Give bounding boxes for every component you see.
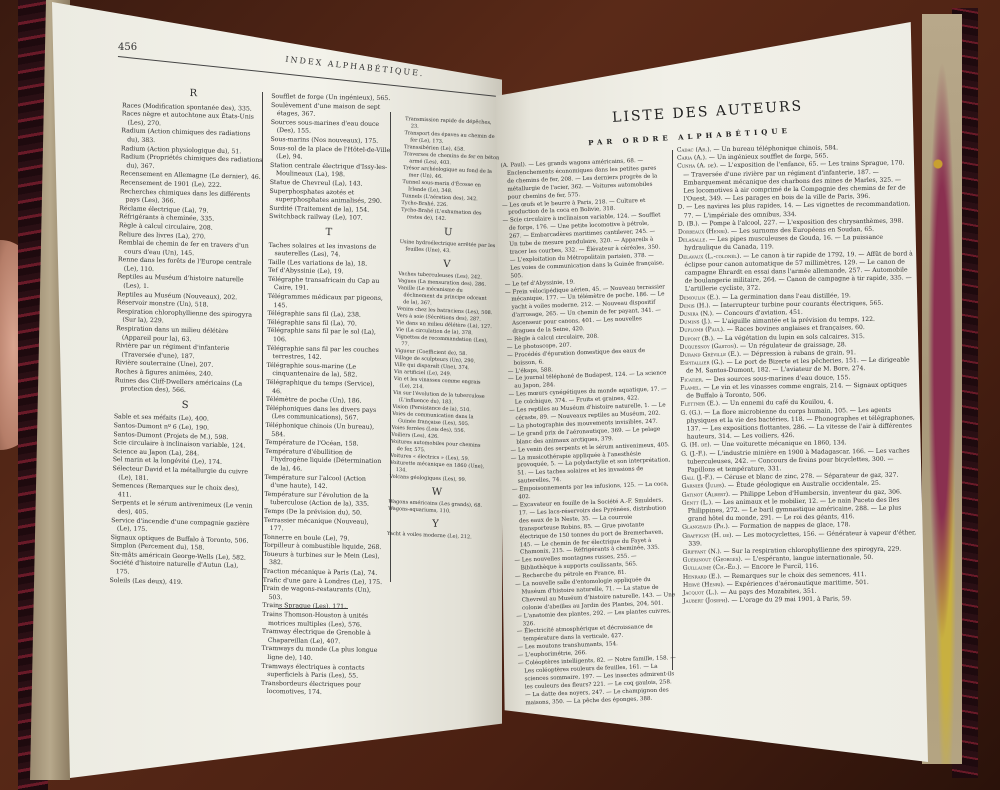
index-entry: Télégraphie sous-marine (Le cinquantenai… (266, 362, 386, 381)
index-entry: Télégrammes médicaux par pigeons, 145. (267, 293, 387, 312)
index-entry: Sources sous-marines d'eau douce (Des), … (271, 119, 391, 138)
section-letter: Y (387, 519, 483, 530)
section-letter: S (114, 400, 256, 412)
index-entry: Toueurs à turbines sur le Mein (Les), 38… (263, 551, 383, 570)
index-entry: Soulèvement d'une maison de sept étages,… (271, 102, 391, 121)
authors-column-1: (A. Paul). — Les grands wagons américain… (501, 157, 680, 708)
author-name: Gatinot (Albert). (682, 490, 732, 498)
author-works: — Les navires les plus rapides, 14. — Le… (684, 201, 911, 219)
author-works: — Un ingénieux soufflet de forge, 565. (709, 153, 829, 162)
index-entry: Usine hydroélectrique arrêtée par les fe… (399, 239, 496, 257)
author-works: — Coléoptères intelligents, 82. — Notre … (518, 655, 676, 706)
index-entry: Station centrale électrique d'Issy-les-M… (270, 162, 390, 181)
section-letter: U (400, 227, 496, 238)
index-entry: Téléphonique chinois (Un bureau), 584. (265, 422, 385, 441)
author-name: G. (J.-F.). (681, 450, 709, 457)
author-name: Cunha (A. de). (677, 162, 720, 170)
author-name: Delasalle. (678, 236, 709, 243)
index-column-1: RRaces (Modification spontanée des), 335… (109, 82, 264, 589)
author-name: Denis (H.). (679, 302, 713, 309)
author-name: Henrard (E.). (683, 573, 724, 581)
marbled-endpaper (922, 14, 962, 764)
author-name: Dorbeaux (Henri). (678, 228, 731, 236)
author-name: Espitallier (G.). (680, 359, 727, 367)
author-works: — Formation de nappes de glace, 178. (732, 522, 851, 531)
section-letter: T (269, 228, 389, 239)
page-number: 456 (118, 42, 137, 53)
author-name: Dunira (N.). (679, 310, 716, 318)
author-name: Cadac (Ar.). (677, 146, 714, 154)
author-entry: G. (G.). — La flore microbienne du corps… (680, 406, 915, 442)
index-entry: Télégraphie sans fil par le sol (La), 10… (267, 327, 387, 346)
author-name: Guillaume (Ch.-Éd.). (683, 564, 744, 572)
author-works: — Excavateur en fouille de la Société A.… (512, 497, 666, 555)
author-works: (A. Paul). — Les grands wagons américain… (501, 158, 658, 200)
author-works: — Les animaux et le mobilier, 12. — Le n… (688, 496, 902, 522)
author-name: Gall (J.-F.). (681, 474, 716, 481)
section-letter: W (389, 487, 485, 498)
author-works: — La musicothérapie appliquée à l'anesth… (511, 451, 671, 485)
index-entry: Trains Thomson-Houston à unités motrices… (262, 611, 382, 630)
index-entry: Tramway électrique de Grenoble à Chapare… (262, 628, 382, 647)
author-name: Garnier (Jules). (682, 482, 729, 490)
author-name: Jaubert (Joseph). (683, 597, 731, 605)
index-entry: Taches solaires et les invasions de saut… (268, 241, 388, 260)
author-works: — Interrupteur turbine pour courants éle… (712, 300, 883, 309)
author-name: Dumins (J.). (679, 318, 714, 325)
author-works: — Le tef d'Abyssinie, 19. (505, 279, 575, 287)
author-works: — La nouvelle salle d'entomologie appliq… (515, 577, 675, 611)
index-entry: Tramways du monde (La plus longue ligne … (261, 645, 381, 664)
author-name: Duquesnoy (Gaston). (680, 343, 741, 351)
author-name: Duplomb (Paul). (679, 326, 727, 334)
author-name: Jacquot (L.). (683, 589, 721, 597)
author-name: Hervé (Henri). (683, 581, 727, 589)
author-works: — L'orage du 29 mai 1901, à Paris, 59. (731, 595, 851, 604)
index-column-3: Transmission rapide de dépêches, 23.Tran… (387, 116, 501, 542)
author-works: — Dépression à rubans de grain, 91. (743, 349, 856, 358)
author-entry: — Scie circulaire à inclinaison variable… (502, 213, 664, 282)
index-entry: Température d'ébullition de l'hydrogène … (265, 448, 385, 476)
index-entry: Température sur l'alcool (Action d'une h… (264, 473, 384, 492)
author-name: Delavaux (L.-colonel). (678, 252, 743, 260)
index-entry: Switchback railway (Le), 107. (269, 213, 389, 224)
author-name: Flettner (E.). (680, 400, 722, 408)
index-entry: Superphosphates azotés et superphosphate… (269, 188, 389, 207)
author-name: Durand Gréville (E.). (680, 351, 743, 359)
index-entry: Tycho-Brahé (L'exhumation des restes de)… (401, 207, 498, 225)
author-entry: Cunha (A. de). — L'exposition de l'enfan… (677, 160, 913, 204)
index-entry: Sous-sol de la place de l'Hôtel-de-Ville… (270, 145, 390, 164)
author-name: Glangeaud (Ph.). (682, 523, 732, 531)
author-works: — Concours d'aviation, 451. (716, 309, 803, 317)
author-name: Ficatier. (680, 376, 706, 383)
author-works: — Au pays des Mozabites, 351. (721, 588, 817, 596)
index-entry: Télégraphique du temps (Service), 46. (266, 379, 386, 398)
author-name: G. (H. de). (681, 441, 714, 448)
author-works: — Un régulateur de graissage, 28. (740, 341, 847, 349)
author-name: G. (G.). (680, 409, 704, 416)
author-works: — Les pipes musculeuses de Gouda, 16. — … (684, 234, 883, 252)
author-works: — Le vin et les vinasses comme engrais, … (686, 381, 907, 399)
author-works: — Sur la respiration chlorophyllienne de… (724, 546, 902, 555)
author-works: — L'espéranto, langue internationale, 50… (745, 554, 874, 563)
index-entry: Transbordeurs électriques pour locomotiv… (261, 680, 381, 699)
book-photo: 456 INDEX ALPHABÉTIQUE. RRaces (Modifica… (0, 0, 1000, 790)
index-entry: Ruines des Cliff-Dwellers américains (La… (114, 377, 256, 398)
index-entry: Train de wagons-restaurants (Un), 503. (262, 585, 382, 604)
author-name: Graffigny (H. de). (682, 531, 735, 539)
index-column-2: Soufflet de forge (Un ingénieux), 565.So… (261, 93, 392, 699)
author-works: — L'ékaps, 588. (508, 367, 553, 375)
author-works: — Expériences d'aéronautique maritime, 5… (727, 579, 869, 588)
author-works: — Scie circulaire à inclinaison variable… (502, 213, 664, 280)
author-works: — Frein vélocipédique aérien, 45. — Nouv… (505, 284, 665, 335)
author-works: — Un bureau téléphonique chinois, 584. (713, 144, 838, 153)
index-entry: Terrassier mécanique (Nouveau), 177. (264, 516, 384, 535)
author-works: — Les nouvelles montagnes russes, 255. —… (514, 554, 637, 572)
author-name: Griffant (N.). (682, 548, 723, 556)
author-entry: Delavaux (L.-colonel). — Le canon à tir … (678, 250, 914, 294)
index-entry: Téléphoniques dans les divers pays (Les … (266, 405, 386, 424)
author-name: Gentt (L.). (682, 499, 715, 506)
index-entry: Télégraphie sans fil par les couches ter… (267, 345, 387, 364)
index-entry: Tramways électriques à contacts superfic… (261, 663, 381, 682)
author-entry: (A. Paul). — Les grands wagons américain… (501, 157, 662, 202)
author-entry: G. (J.-F.). — L'industrie minière en 190… (681, 447, 916, 475)
author-name: Caria (A.). (677, 154, 709, 161)
author-works: — Encore le Furcil, 116. (743, 563, 818, 571)
section-letter: V (399, 259, 495, 270)
author-works: — Un ennemi du café du Kouilou, 4. (722, 399, 833, 408)
author-entry: Gentt (L.). — Les animaux et le mobilier… (682, 496, 917, 524)
author-works: — La flore microbienne du corps humain, … (687, 406, 915, 440)
author-entry: — Frein vélocipédique aérien, 45. — Nouv… (505, 284, 667, 337)
author-works: — Le photoscope, 207. (507, 342, 572, 350)
author-name: Dupont (B.). (679, 335, 716, 343)
author-works: — L'industrie minière en 1900 à Madagasc… (687, 447, 910, 474)
author-name: Flamel. (680, 384, 703, 391)
author-entry: — Coléoptères intelligents, 82. — Notre … (518, 655, 680, 708)
author-entry: — Excavateur en fouille de la Société A.… (512, 497, 674, 558)
author-name: Demoulin (E.). (679, 294, 722, 302)
author-name: D. (678, 204, 687, 211)
index-entry: Télégraphe transafricain du Cap au Caire… (268, 276, 388, 295)
authors-column-2: Cadac (Ar.). — Un bureau téléphonique ch… (677, 143, 918, 606)
section-letter: R (122, 88, 264, 100)
author-name: Guérinout (Georges). (683, 556, 745, 564)
author-name: D. (B.). (678, 220, 702, 227)
index-entry: Température sur l'évolution de la tuberc… (264, 491, 384, 510)
